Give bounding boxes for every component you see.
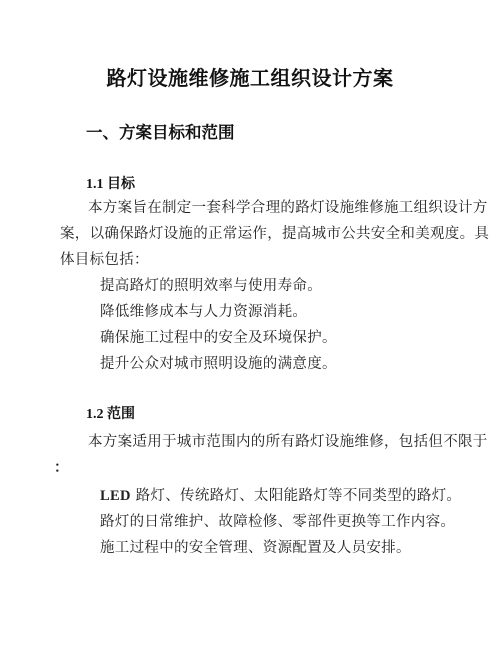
goals-paragraph-line-1: 本方案旨在制定一套科学合理的路灯设施维修施工组织设计方 [88, 196, 488, 217]
scope-item: 路灯的日常维护、故障检修、零部件更换等工作内容。 [100, 510, 455, 531]
scope-paragraph-line-2: ： [54, 456, 69, 477]
scope-item-prefix: LED [100, 488, 131, 504]
subsection-number: 1.1 [86, 177, 104, 192]
subsection-heading-goals: 1.1 目标 [86, 173, 135, 193]
goal-item: 提升公众对城市照明设施的满意度。 [100, 352, 337, 373]
goals-paragraph-line-3: 体目标包括： [60, 248, 149, 269]
goal-item: 降低维修成本与人力资源消耗。 [100, 300, 307, 321]
scope-item-text: 路灯、传统路灯、太阳能路灯等不同类型的路灯。 [131, 488, 462, 504]
subsection-heading-scope: 1.2 范围 [86, 403, 135, 423]
subsection-number: 1.2 [86, 407, 104, 422]
subsection-title: 范围 [107, 406, 135, 422]
document-title: 路灯设施维修施工组织设计方案 [0, 62, 500, 91]
subsection-title: 目标 [107, 176, 135, 192]
goal-item: 提高路灯的照明效率与使用寿命。 [100, 274, 322, 295]
scope-item-text: 施工过程中的安全管理、资源配置及人员安排。 [100, 540, 411, 556]
scope-item-text: 路灯的日常维护、故障检修、零部件更换等工作内容。 [100, 514, 455, 530]
goals-paragraph-line-2: 案，以确保路灯设施的正常运作，提高城市公共安全和美观度。具 [60, 222, 489, 243]
goal-item: 确保施工过程中的安全及环境保护。 [100, 326, 337, 347]
scope-item: LED 路灯、传统路灯、太阳能路灯等不同类型的路灯。 [100, 484, 461, 505]
section-heading-goals-scope: 一、方案目标和范围 [86, 119, 235, 143]
scope-paragraph-line-1: 本方案适用于城市范围内的所有路灯设施维修，包括但不限于 [88, 430, 488, 451]
scope-item: 施工过程中的安全管理、资源配置及人员安排。 [100, 536, 411, 557]
